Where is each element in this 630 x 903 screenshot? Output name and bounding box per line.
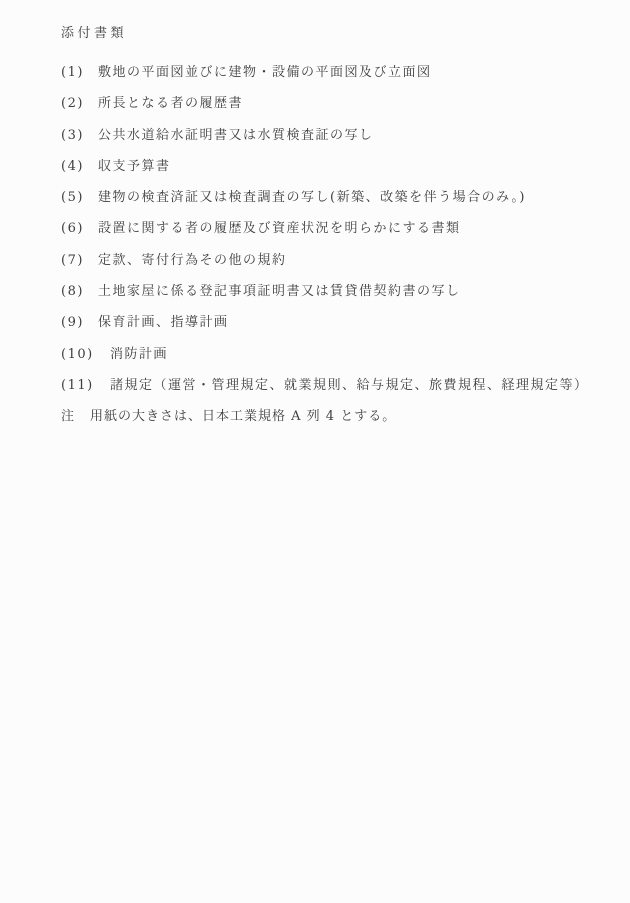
list-item: (2)所長となる者の履歴書: [61, 97, 610, 111]
item-text: 建物の検査済証又は検査調査の写し(新築、改築を伴う場合のみ。): [98, 191, 526, 205]
document-page: 添付書類 (1)敷地の平面図並びに建物・設備の平面図及び立面図(2)所長となる者…: [0, 0, 630, 903]
item-text: 保育計画、指導計画: [98, 316, 229, 330]
list-item: (8)土地家屋に係る登記事項証明書又は賃貸借契約書の写し: [61, 285, 610, 299]
note-label: 注: [61, 410, 90, 424]
item-number: (7): [61, 254, 98, 268]
list-item: (1)敷地の平面図並びに建物・設備の平面図及び立面図: [61, 66, 610, 80]
list-item: (3)公共水道給水証明書又は水質検査証の写し: [61, 129, 610, 143]
list-item: (11)諸規定（運営・管理規定、就業規則、給与規定、旅費規程、経理規定等）: [61, 379, 610, 393]
note-text: 用紙の大きさは、日本工業規格 A 列 4 とする。: [90, 410, 396, 424]
item-text: 消防計画: [110, 348, 168, 362]
item-text: 設置に関する者の履歴及び資産状況を明らかにする書類: [98, 222, 461, 236]
item-text: 諸規定（運営・管理規定、就業規則、給与規定、旅費規程、経理規定等）: [110, 379, 589, 393]
item-number: (2): [61, 97, 98, 111]
page-title: 添付書類: [61, 27, 610, 41]
list-item: (4)収支予算書: [61, 160, 610, 174]
document-content: 添付書類 (1)敷地の平面図並びに建物・設備の平面図及び立面図(2)所長となる者…: [61, 27, 610, 424]
item-number: (1): [61, 66, 98, 80]
item-text: 土地家屋に係る登記事項証明書又は賃貸借契約書の写し: [98, 285, 461, 299]
note-line: 注 用紙の大きさは、日本工業規格 A 列 4 とする。: [61, 410, 610, 424]
item-text: 公共水道給水証明書又は水質検査証の写し: [98, 129, 374, 143]
item-number: (9): [61, 316, 98, 330]
list-item: (7)定款、寄付行為その他の規約: [61, 254, 610, 268]
list-item: (5)建物の検査済証又は検査調査の写し(新築、改築を伴う場合のみ。): [61, 191, 610, 205]
list-item: (9)保育計画、指導計画: [61, 316, 610, 330]
attachment-list: (1)敷地の平面図並びに建物・設備の平面図及び立面図(2)所長となる者の履歴書(…: [61, 66, 610, 393]
item-text: 敷地の平面図並びに建物・設備の平面図及び立面図: [98, 66, 432, 80]
item-number: (5): [61, 191, 98, 205]
item-number: (11): [61, 379, 110, 393]
item-number: (8): [61, 285, 98, 299]
item-number: (3): [61, 129, 98, 143]
item-text: 定款、寄付行為その他の規約: [98, 254, 287, 268]
item-number: (4): [61, 160, 98, 174]
item-number: (10): [61, 348, 110, 362]
list-item: (6)設置に関する者の履歴及び資産状況を明らかにする書類: [61, 222, 610, 236]
item-text: 所長となる者の履歴書: [98, 97, 243, 111]
list-item: (10)消防計画: [61, 348, 610, 362]
item-text: 収支予算書: [98, 160, 171, 174]
item-number: (6): [61, 222, 98, 236]
